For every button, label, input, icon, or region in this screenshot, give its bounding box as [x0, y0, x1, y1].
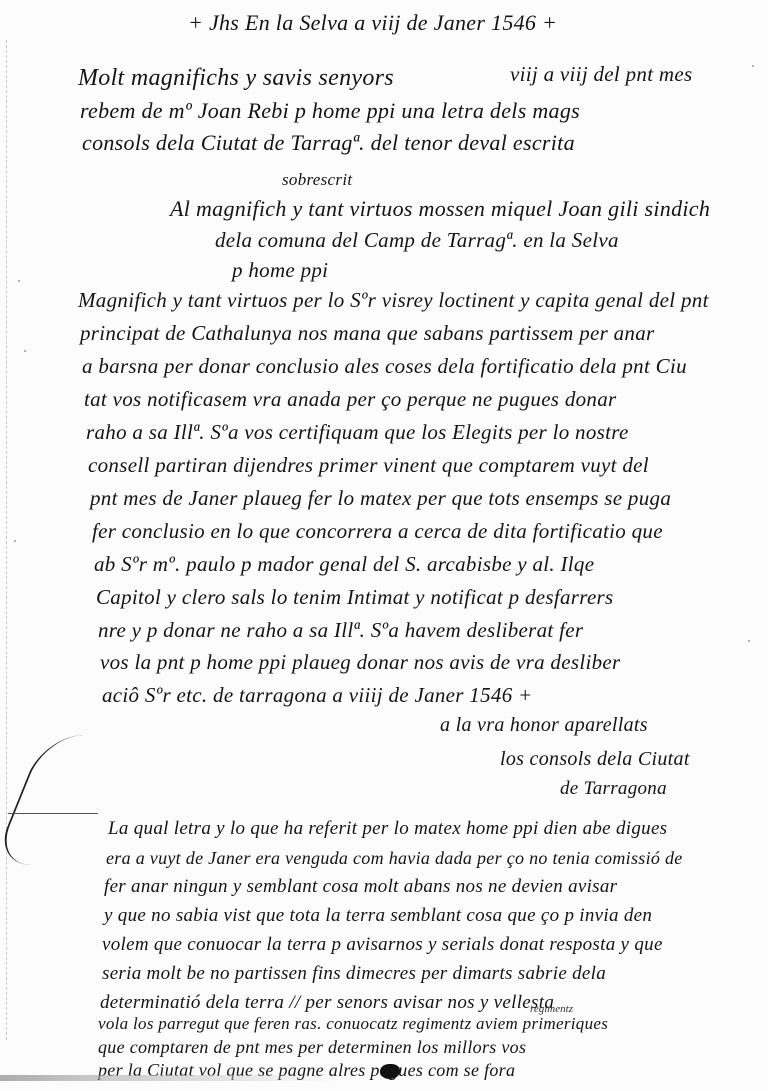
letter-body-line: Capitol y clero sals lo tenim Intimat y … [96, 585, 614, 610]
signature-line: a la vra honor aparellats [440, 714, 648, 737]
address-line: dela comuna del Camp de Tarragª. en la S… [215, 228, 619, 253]
manuscript-page: + Jhs En la Selva a viij de Janer 1546 +… [0, 0, 768, 1091]
letter-body-line: pnt mes de Janer plaueg fer lo matex per… [90, 486, 671, 511]
salutation-line: consols dela Ciutat de Tarragª. del teno… [82, 130, 575, 156]
address-line: p home ppi [232, 258, 328, 283]
letter-body-line: consell partiran dijendres primer vinent… [88, 453, 649, 478]
salutation-line: Molt magnifichs y savis senyors [78, 65, 394, 92]
letter-body-line: ab Sºr mº. paulo p mador genal del S. ar… [94, 552, 594, 577]
address-label: sobrescrit [282, 170, 352, 190]
scan-speck [748, 640, 750, 642]
scan-speck [18, 280, 20, 282]
letter-body-line: a barsna per donar conclusio ales coses … [82, 354, 687, 379]
postscript-line: que comptaren de pnt mes per determinen … [98, 1037, 526, 1058]
letter-body-line: fer conclusio en lo que concorrera a cer… [92, 519, 663, 544]
salutation-date-note: viij a viij del pnt mes [510, 62, 692, 87]
postscript-line: volem que conuocar la terra p avisarnos … [102, 934, 663, 956]
torn-bottom-edge [0, 1075, 340, 1081]
salutation-line: rebem de mº Joan Rebi p home ppi una let… [80, 98, 580, 124]
left-margin-rule [6, 40, 8, 1040]
scan-speck [752, 65, 754, 67]
letter-body-line: raho a sa Illª. Sºa vos certifiquam que … [86, 420, 629, 445]
letter-body-line: tat vos notificasem vra anada per ço per… [84, 387, 617, 412]
address-line: Al magnifich y tant virtuos mossen mique… [170, 196, 710, 222]
postscript-line: seria molt be no partissen fins dimecres… [102, 963, 606, 985]
postscript-line: La qual letra y lo que ha referit per lo… [108, 818, 667, 840]
scan-speck [14, 540, 16, 542]
margin-bracket-tick [8, 813, 98, 814]
postscript-line: era a vuyt de Janer era venguda com havi… [106, 848, 683, 869]
header-line: + Jhs En la Selva a viij de Janer 1546 + [188, 10, 557, 36]
postscript-line: vola los parregut que feren ras. conuoca… [98, 1014, 608, 1034]
signature-line: los consols dela Ciutat [500, 748, 690, 771]
letter-body-line: nre y p donar ne raho a sa Illª. Sºa hav… [98, 618, 583, 643]
signature-line: de Tarragona [560, 778, 667, 800]
margin-bracket [0, 735, 106, 865]
postscript-line: fer anar ningun y semblant cosa molt aba… [104, 876, 617, 898]
postscript-line: determinatió dela terra // per senors av… [100, 992, 554, 1014]
scan-speck [24, 350, 26, 352]
letter-body-line: principat de Cathalunya nos mana que sab… [80, 321, 655, 346]
letter-body-line: vos la pnt p home ppi plaueg donar nos a… [100, 650, 620, 675]
letter-body-line: Magnifich y tant virtuos per lo Sºr visr… [78, 288, 709, 313]
letter-body-line: aciô Sºr etc. de tarragona a viiij de Ja… [102, 683, 533, 708]
postscript-line: y que no sabia vist que tota la terra se… [104, 905, 652, 927]
